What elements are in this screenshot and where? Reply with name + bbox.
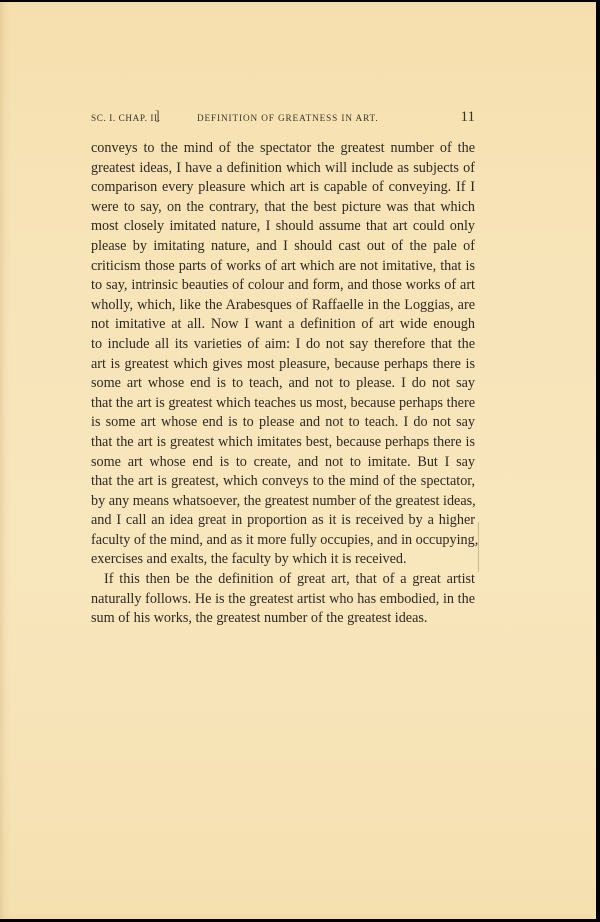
text-line: some art whose end is to create, and not…: [91, 453, 475, 473]
text-line: faculty of the mind, and as it more full…: [91, 531, 475, 551]
text-line: that the art is greatest which teaches u…: [91, 394, 475, 414]
book-page: SC. I. CHAP. II. ] DEFINITION OF GREATNE…: [0, 2, 596, 919]
text-line: sum of his works, the greatest number of…: [91, 609, 475, 629]
text-line: comparison every pleasure which art is c…: [91, 178, 475, 198]
text-line: some art whose end is to teach, and not …: [91, 374, 475, 394]
bracket-mark: ]: [155, 109, 160, 125]
text-line: is some art whose end is to please and n…: [91, 413, 475, 433]
text-line: conveys to the mind of the spectator the…: [91, 139, 475, 159]
text-line: by any means whatsoever, the greatest nu…: [91, 492, 475, 512]
text-line: were to say, on the contrary, that the b…: [91, 198, 475, 218]
text-line: that the art is greatest, which conveys …: [91, 472, 475, 492]
text-line: to include all its varieties of aim: I d…: [91, 335, 475, 355]
text-line: that the art is greatest which imitates …: [91, 433, 475, 453]
page-number: 11: [461, 109, 475, 126]
text-line: please by imitating nature, and I should…: [91, 237, 475, 257]
text-line: exercises and exalts, the faculty by whi…: [91, 550, 475, 570]
margin-mark: [478, 522, 479, 572]
text-line: greatest ideas, I have a definition whic…: [91, 159, 475, 179]
text-line: If this then be the definition of great …: [91, 570, 475, 590]
chapter-title: DEFINITION OF GREATNESS IN ART.: [197, 113, 379, 123]
running-head: SC. I. CHAP. II. ] DEFINITION OF GREATNE…: [91, 110, 475, 126]
paragraph-2: If this then be the definition of great …: [91, 570, 475, 629]
text-line: and I call an idea great in proportion a…: [91, 511, 475, 531]
body-text: conveys to the mind of the spectator the…: [91, 139, 475, 629]
text-line: art is greatest which gives most pleasur…: [91, 355, 475, 375]
text-line: criticism those parts of works of art wh…: [91, 257, 475, 277]
text-line: to say, intrinsic beauties of colour and…: [91, 276, 475, 296]
text-line: most closely imitated nature, I should a…: [91, 217, 475, 237]
text-line: wholly, which, like the Arabesques of Ra…: [91, 296, 475, 316]
text-line: not imitative at all. Now I want a defin…: [91, 315, 475, 335]
paragraph-1: conveys to the mind of the spectator the…: [91, 139, 475, 570]
section-chapter-label: SC. I. CHAP. II.: [91, 113, 161, 123]
text-line: naturally follows. He is the greatest ar…: [91, 590, 475, 610]
